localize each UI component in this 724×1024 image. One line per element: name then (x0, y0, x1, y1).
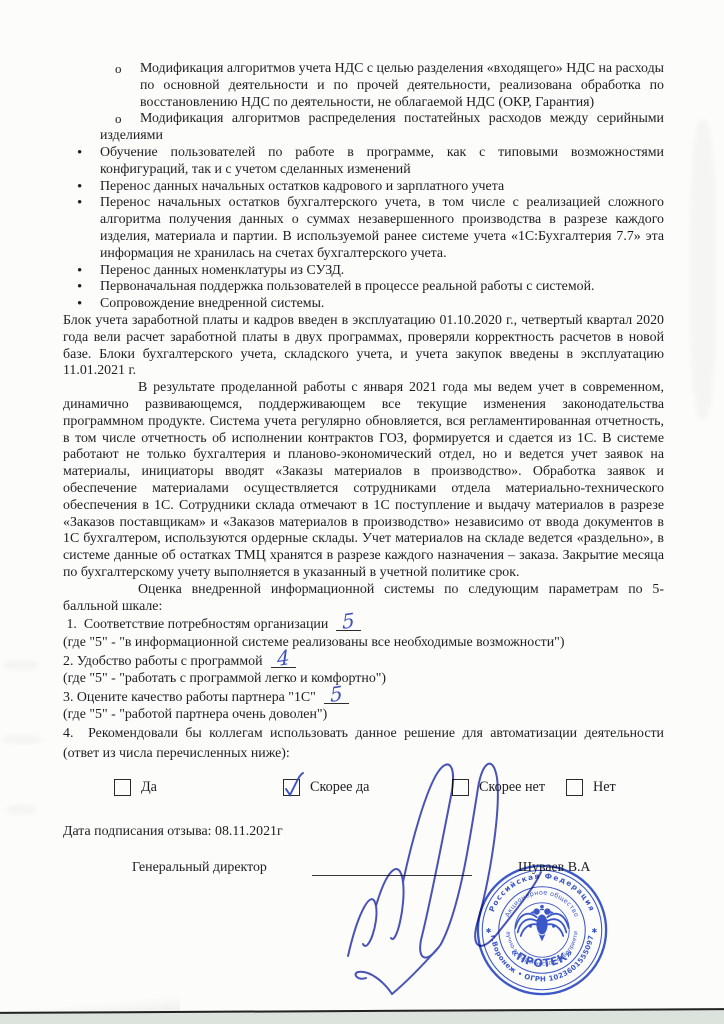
checkbox-tick (280, 770, 308, 802)
signing-date: Дата подписания отзыва: 08.11.2021г (63, 824, 664, 841)
eagle-emblem (515, 905, 568, 942)
rating-item-2: 2. Удобство работы с программой4 (63, 652, 664, 672)
checkbox[interactable] (283, 779, 300, 796)
rating-note: (где "5" - "работать с программой легко … (63, 671, 664, 688)
list-item-text: Перенос данных номенклатуры из СУЗД. (100, 263, 344, 278)
rating-blank: 5 (336, 615, 361, 631)
svg-text:«ПРОТЕК»: «ПРОТЕК» (508, 946, 577, 970)
handwritten-score: 5 (330, 688, 343, 704)
scan-artifact (6, 805, 36, 814)
signer-name: Шуваев В.А (518, 860, 590, 877)
list-item: • Первоначальная поддержка пользователей… (63, 279, 664, 296)
stamp-star-left: ✱ (486, 927, 492, 935)
paragraph-results: В результате проделанной работы с января… (63, 380, 664, 582)
list-item-text: Сопровождение внедренной системы. (100, 296, 324, 311)
rating-label: 2. Удобство работы с программой (63, 654, 263, 669)
list-item: o Модификация алгоритмов распределения п… (63, 111, 664, 145)
svg-text:г.Воронеж • ОГРН 1023601555097: г.Воронеж • ОГРН 1023601555097 (489, 934, 595, 983)
svg-text:Акционерное общество: Акционерное общество (503, 889, 580, 919)
checkbox-label: Да (141, 779, 157, 796)
paragraph-rating-intro: Оценка внедренной информационной системы… (63, 582, 664, 616)
rating-label: 1. Соответствие потребностям организации (63, 617, 328, 632)
checkbox-option-rather-no[interactable]: Скорее нет (452, 779, 545, 796)
checkbox-label: Скорее нет (479, 779, 545, 796)
paragraph-implementation: Блок учета заработной платы и кадров вве… (63, 313, 664, 380)
list-item-text: Модификация алгоритмов распределения пос… (100, 111, 664, 143)
list-item-text: Перенос данных начальных остатков кадров… (100, 179, 504, 194)
bullet-marker: • (77, 296, 82, 313)
stamp-outer-bottom-text: г.Воронеж • ОГРН 1023601555097 (489, 934, 595, 983)
rating-note: (где "5" - "в информационной системе реа… (63, 635, 664, 652)
list-item: o Модификация алгоритмов учета НДС с цел… (63, 61, 664, 111)
signer-role: Генеральный директор (132, 860, 267, 875)
checkbox-option-yes[interactable]: Да (114, 779, 157, 796)
checkbox[interactable] (566, 779, 583, 796)
scanned-review-document: o Модификация алгоритмов учета НДС с цел… (0, 0, 724, 1024)
signoff-row: Генеральный директор Шуваев В.А (63, 860, 664, 882)
checkbox-option-no[interactable]: Нет (566, 779, 616, 796)
stamp-middle-top-text: Акционерное общество (503, 889, 580, 919)
stamp-company-name: «ПРОТЕК» (508, 946, 577, 970)
document-body: o Модификация алгоритмов учета НДС с цел… (63, 61, 664, 882)
sub-bullet-marker: o (115, 61, 122, 78)
list-item-text: Модификация алгоритмов учета НДС с целью… (140, 61, 664, 110)
list-item-text: Перенос начальных остатков бухгалтерског… (100, 195, 664, 260)
checkbox[interactable] (452, 779, 469, 796)
handwritten-score: 4 (276, 652, 289, 668)
list-item: • Перенос данных номенклатуры из СУЗД. (63, 263, 664, 280)
checkbox-label: Нет (593, 779, 616, 796)
rating-blank: 5 (324, 688, 349, 704)
rating-note: (где "5" - "работой партнера очень довол… (63, 707, 664, 724)
bullet-marker: • (77, 179, 82, 196)
list-item-text: Обучение пользователей по работе в прогр… (100, 145, 664, 177)
stamp-middle-bottom-text: научно-внедренческое предприятие (505, 926, 580, 968)
answer-options-row: Да Скорее да Скорее нет Нет (63, 779, 664, 803)
list-item: • Обучение пользователей по работе в про… (63, 145, 664, 179)
stamp-star-right: ✱ (592, 927, 598, 935)
list-item-text: Первоначальная поддержка пользователей в… (100, 279, 594, 294)
rating-item-3: 3. Оцените качество работы партнера "1С"… (63, 688, 664, 708)
scan-artifact (690, 120, 716, 420)
scan-artifact (2, 735, 42, 744)
bullet-marker: • (77, 279, 82, 296)
checkbox[interactable] (114, 779, 131, 796)
list-item: • Сопровождение внедренной системы. (63, 296, 664, 313)
svg-text:научно-внедренческое предприят: научно-внедренческое предприятие (505, 926, 580, 968)
list-item: • Перенос начальных остатков бухгалтерск… (63, 195, 664, 262)
rating-blank: 4 (271, 652, 296, 668)
scanner-background-strip (0, 1008, 724, 1024)
company-stamp: Российская Федерация г.Воронеж • ОГРН 10… (474, 862, 610, 998)
bullet-marker: • (77, 145, 82, 162)
checkbox-label: Скорее да (310, 779, 369, 796)
list-item: • Перенос данных начальных остатков кадр… (63, 179, 664, 196)
rating-item-4: 4. Рекомендовали бы коллегам использоват… (63, 724, 664, 763)
scan-artifact (4, 660, 38, 670)
handwritten-score: 5 (342, 615, 355, 631)
sub-bullet-marker: o (115, 111, 122, 128)
checkbox-option-rather-yes[interactable]: Скорее да (283, 779, 369, 796)
rating-item-1: 1. Соответствие потребностям организации… (63, 615, 664, 635)
bullet-marker: • (77, 195, 82, 212)
bullet-marker: • (77, 263, 82, 280)
rating-label: 3. Оцените качество работы партнера "1С" (63, 690, 316, 705)
signature-line (312, 875, 472, 876)
